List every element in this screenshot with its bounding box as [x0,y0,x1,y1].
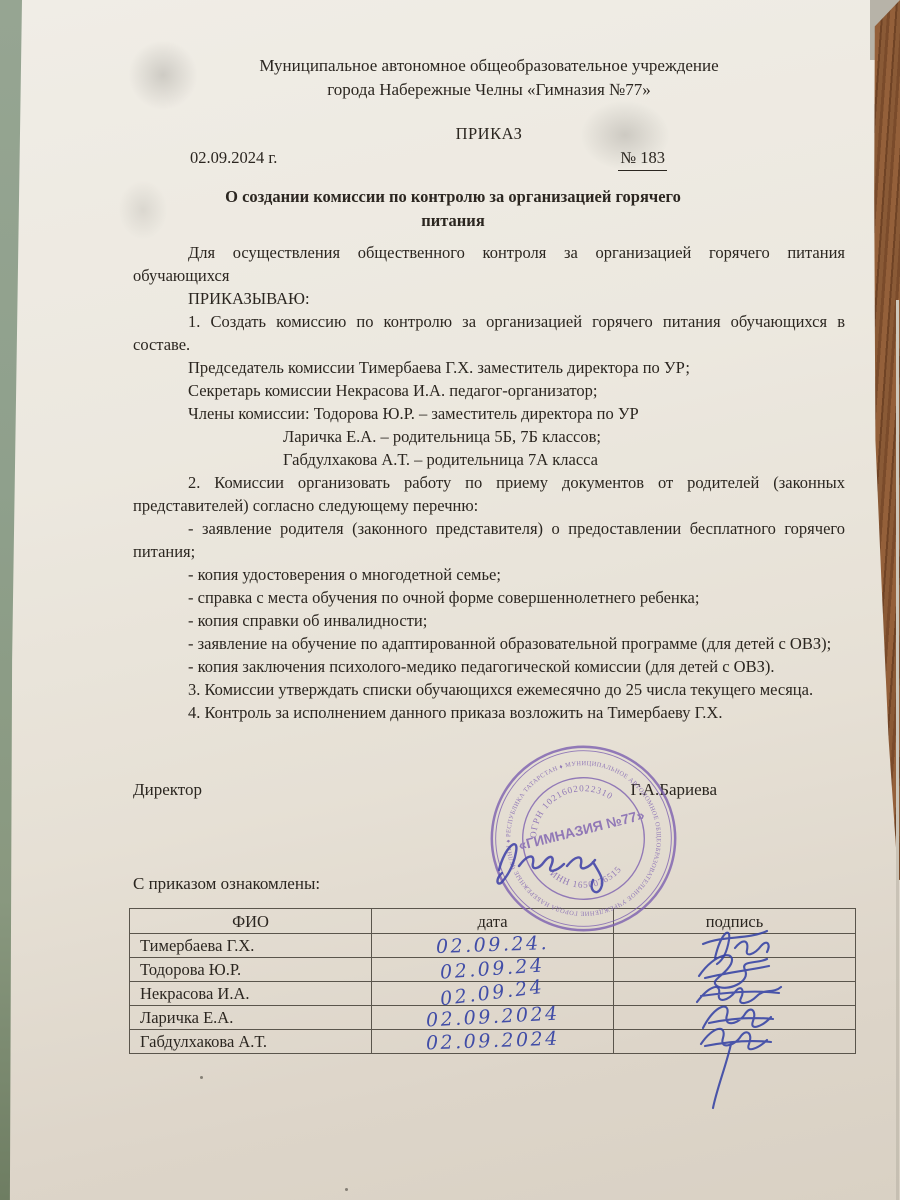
handwritten-date-cell: 02.09.24 [372,958,614,982]
fio-cell: Габдулхакова А.Т. [130,1030,372,1054]
order-date: 02.09.2024 г. [190,146,277,171]
order-paragraph: - копия удостоверения о многодетной семь… [133,563,845,586]
director-label: Директор [133,778,202,801]
order-paragraph: Члены комиссии: Тодорова Ю.Р. – заместит… [133,402,845,425]
handwritten-date-cell: 02.09.24. [372,934,614,958]
signature-cell [614,1030,856,1054]
order-paragraph: 3. Комиссии утверждать списки обучающихс… [133,678,845,701]
order-paragraph: Ларичка Е.А. – родительница 5Б, 7Б класс… [133,425,845,448]
handwritten-signature [675,1014,795,1064]
order-paragraph: Секретарь комиссии Некрасова И.А. педаго… [133,379,845,402]
order-title: О создании комиссии по контролю за орган… [163,185,743,233]
fio-cell: Тимербаева Г.Х. [130,934,372,958]
order-title-line1: О создании комиссии по контролю за орган… [163,185,743,209]
table-header-cell: ФИО [130,909,372,934]
organization-name-line1: Муниципальное автономное общеобразовател… [133,54,845,78]
handwritten-date-cell: 02.09.24 [372,982,614,1006]
document-photo: Муниципальное автономное общеобразовател… [0,0,900,1200]
order-paragraph: Для осуществления общественного контроля… [133,241,845,287]
order-paragraph: Председатель комиссии Тимербаева Г.Х. за… [133,356,845,379]
order-paragraph: 2. Комиссии организовать работу по прием… [133,471,845,517]
green-table-edge [0,0,22,1200]
fio-cell: Некрасова И.А. [130,982,372,1006]
order-paragraph: 1. Создать комиссию по контролю за орган… [133,310,845,356]
order-paragraph: - заявление на обучение по адаптированно… [133,632,845,655]
order-paragraph: - заявление родителя (законного представ… [133,517,845,563]
director-handwritten-signature [485,822,635,902]
table-row: Габдулхакова А.Т.02.09.2024 [130,1030,856,1054]
order-paragraph: Габдулхакова А.Т. – родительница 7А клас… [133,448,845,471]
paper-speck [345,1188,348,1191]
fio-cell: Тодорова Ю.Р. [130,958,372,982]
underlying-sheet-edge [896,300,899,1200]
handwritten-date-cell: 02.09.2024 [372,1006,614,1030]
handwritten-date: 02.09.2024 [425,1028,560,1056]
date-number-row: 02.09.2024 г. № 183 [133,146,845,171]
handwritten-date-cell: 02.09.2024 [372,1030,614,1054]
organization-name-line2: города Набережные Челны «Гимназия №77» [133,78,845,102]
document-type-heading: ПРИКАЗ [133,122,845,145]
order-paragraph: 4. Контроль за исполнением данного прика… [133,701,845,724]
order-paragraph: ПРИКАЗЫВАЮ: [133,287,845,310]
order-paragraph: - копия справки об инвалидности; [133,609,845,632]
order-paragraph: - копия заключения психолого-медико педа… [133,655,845,678]
order-body: Для осуществления общественного контроля… [133,241,845,724]
paper-speck [200,1076,203,1079]
fio-cell: Ларичка Е.А. [130,1006,372,1030]
order-paragraph: - справка с места обучения по очной форм… [133,586,845,609]
order-number: № 183 [618,146,667,171]
order-title-line2: питания [163,209,743,233]
